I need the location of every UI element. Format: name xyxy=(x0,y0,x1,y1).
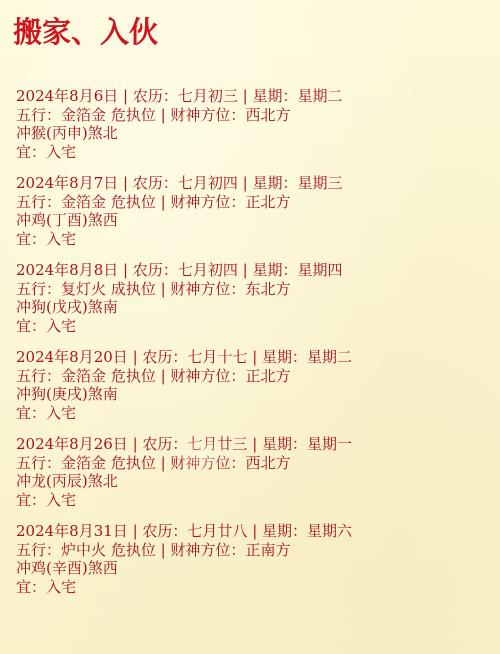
clash-line: 冲狗(戊戌)煞南 xyxy=(16,298,486,317)
date-entry: 2024年8月7日 | 农历：七月初四 | 星期：星期三 五行：金箔金 危执位 … xyxy=(16,174,486,248)
suitable-value: 入宅 xyxy=(46,143,76,161)
suitable-label: 宜： xyxy=(16,317,46,335)
wealth-label: 财神方位： xyxy=(170,454,245,472)
wuxing-value: 炉中火 xyxy=(61,541,106,559)
wuxing-label: 五行： xyxy=(16,367,61,385)
suitable-line: 宜：入宅 xyxy=(16,317,486,336)
wuxing-line: 五行：金箔金 危执位 | 财神方位：正北方 xyxy=(16,367,486,386)
suitable-value: 入宅 xyxy=(46,578,76,596)
weekday: 星期三 xyxy=(298,174,343,192)
date-line: 2024年8月6日 | 农历：七月初三 | 星期：星期二 xyxy=(16,87,486,106)
clash-line: 冲狗(庚戌)煞南 xyxy=(16,385,486,404)
lunar-label: 农历： xyxy=(142,435,187,453)
weekday: 星期六 xyxy=(307,522,352,540)
suitable-line: 宜：入宅 xyxy=(16,491,486,510)
suitable-value: 入宅 xyxy=(46,230,76,248)
date-line: 2024年8月20日 | 农历：七月十七 | 星期：星期二 xyxy=(16,348,486,367)
suitable-label: 宜： xyxy=(16,578,46,596)
duty-value: 危执位 xyxy=(111,367,156,385)
date-list: 2024年8月6日 | 农历：七月初三 | 星期：星期二 五行：金箔金 危执位 … xyxy=(16,87,486,609)
weekday-label: 星期： xyxy=(262,435,307,453)
wuxing-line: 五行：金箔金 危执位 | 财神方位：西北方 xyxy=(16,106,486,125)
solar-date: 2024年8月31日 xyxy=(16,522,128,540)
wuxing-label: 五行： xyxy=(16,454,61,472)
wuxing-label: 五行： xyxy=(16,280,61,298)
wealth-direction: 正北方 xyxy=(245,367,290,385)
separator: | xyxy=(118,174,133,192)
lunar-label: 农历： xyxy=(133,174,178,192)
date-line: 2024年8月26日 | 农历：七月廿三 | 星期：星期一 xyxy=(16,435,486,454)
wealth-label: 财神方位： xyxy=(170,367,245,385)
wuxing-label: 五行： xyxy=(16,106,61,124)
separator: | xyxy=(238,174,253,192)
wuxing-value: 金箔金 xyxy=(61,367,106,385)
wealth-direction: 西北方 xyxy=(245,106,290,124)
wuxing-line: 五行：金箔金 危执位 | 财神方位：正北方 xyxy=(16,193,486,212)
solar-date: 2024年8月26日 xyxy=(16,435,128,453)
weekday-label: 星期： xyxy=(252,261,297,279)
wuxing-label: 五行： xyxy=(16,193,61,211)
separator: | xyxy=(118,87,133,105)
duty-value: 危执位 xyxy=(111,193,156,211)
date-entry: 2024年8月8日 | 农历：七月初四 | 星期：星期四 五行：复灯火 成执位 … xyxy=(16,261,486,335)
date-line: 2024年8月7日 | 农历：七月初四 | 星期：星期三 xyxy=(16,174,486,193)
weekday-label: 星期： xyxy=(262,348,307,366)
suitable-value: 入宅 xyxy=(46,404,76,422)
wuxing-value: 金箔金 xyxy=(61,454,106,472)
lunar-date: 七月初四 xyxy=(178,174,238,192)
clash-line: 冲鸡(辛酉)煞西 xyxy=(16,559,486,578)
separator: | xyxy=(247,348,262,366)
suitable-label: 宜： xyxy=(16,230,46,248)
wuxing-line: 五行：金箔金 危执位 | 财神方位：西北方 xyxy=(16,454,486,473)
wealth-label: 财神方位： xyxy=(170,280,245,298)
suitable-line: 宜：入宅 xyxy=(16,578,486,597)
lunar-label: 农历： xyxy=(133,261,178,279)
separator: | xyxy=(238,87,253,105)
weekday: 星期四 xyxy=(298,261,343,279)
weekday-label: 星期： xyxy=(252,87,297,105)
date-line: 2024年8月8日 | 农历：七月初四 | 星期：星期四 xyxy=(16,261,486,280)
date-line: 2024年8月31日 | 农历：七月廿八 | 星期：星期六 xyxy=(16,522,486,541)
wealth-label: 财神方位： xyxy=(170,193,245,211)
separator: | xyxy=(128,348,143,366)
solar-date: 2024年8月7日 xyxy=(16,174,118,192)
clash-line: 冲鸡(丁酉)煞西 xyxy=(16,211,486,230)
separator: | xyxy=(156,193,171,211)
solar-date: 2024年8月8日 xyxy=(16,261,118,279)
lunar-date: 七月廿八 xyxy=(187,522,247,540)
wealth-direction: 西北方 xyxy=(245,454,290,472)
separator: | xyxy=(247,522,262,540)
date-entry: 2024年8月6日 | 农历：七月初三 | 星期：星期二 五行：金箔金 危执位 … xyxy=(16,87,486,161)
wealth-label: 财神方位： xyxy=(170,106,245,124)
lunar-date: 七月十七 xyxy=(187,348,247,366)
date-entry: 2024年8月20日 | 农历：七月十七 | 星期：星期二 五行：金箔金 危执位… xyxy=(16,348,486,422)
suitable-line: 宜：入宅 xyxy=(16,143,486,162)
separator: | xyxy=(156,106,171,124)
wealth-direction: 东北方 xyxy=(245,280,290,298)
duty-value: 危执位 xyxy=(111,454,156,472)
suitable-label: 宜： xyxy=(16,404,46,422)
suitable-label: 宜： xyxy=(16,491,46,509)
suitable-line: 宜：入宅 xyxy=(16,230,486,249)
separator: | xyxy=(247,435,262,453)
separator: | xyxy=(156,454,171,472)
suitable-value: 入宅 xyxy=(46,317,76,335)
wealth-direction: 正南方 xyxy=(245,541,290,559)
wuxing-line: 五行：炉中火 危执位 | 财神方位：正南方 xyxy=(16,541,486,560)
weekday-label: 星期： xyxy=(252,174,297,192)
separator: | xyxy=(156,280,171,298)
separator: | xyxy=(118,261,133,279)
lunar-date: 七月初四 xyxy=(178,261,238,279)
suitable-line: 宜：入宅 xyxy=(16,404,486,423)
wealth-label: 财神方位： xyxy=(170,541,245,559)
suitable-label: 宜： xyxy=(16,143,46,161)
clash-line: 冲猴(丙申)煞北 xyxy=(16,124,486,143)
page-title: 搬家、入伙 xyxy=(13,14,158,50)
duty-value: 成执位 xyxy=(111,280,156,298)
lunar-label: 农历： xyxy=(142,522,187,540)
lunar-label: 农历： xyxy=(142,348,187,366)
weekday-label: 星期： xyxy=(262,522,307,540)
lunar-date: 七月初三 xyxy=(178,87,238,105)
wuxing-value: 金箔金 xyxy=(61,106,106,124)
lunar-label: 农历： xyxy=(133,87,178,105)
lunar-date: 七月廿三 xyxy=(187,435,247,453)
wuxing-line: 五行：复灯火 成执位 | 财神方位：东北方 xyxy=(16,280,486,299)
solar-date: 2024年8月20日 xyxy=(16,348,128,366)
separator: | xyxy=(238,261,253,279)
separator: | xyxy=(156,367,171,385)
duty-value: 危执位 xyxy=(111,541,156,559)
date-entry: 2024年8月31日 | 农历：七月廿八 | 星期：星期六 五行：炉中火 危执位… xyxy=(16,522,486,596)
suitable-value: 入宅 xyxy=(46,491,76,509)
solar-date: 2024年8月6日 xyxy=(16,87,118,105)
wuxing-value: 金箔金 xyxy=(61,193,106,211)
weekday: 星期二 xyxy=(298,87,343,105)
wuxing-label: 五行： xyxy=(16,541,61,559)
wealth-direction: 正北方 xyxy=(245,193,290,211)
wuxing-value: 复灯火 xyxy=(61,280,106,298)
separator: | xyxy=(156,541,171,559)
weekday: 星期二 xyxy=(307,348,352,366)
separator: | xyxy=(128,522,143,540)
separator: | xyxy=(128,435,143,453)
clash-line: 冲龙(丙辰)煞北 xyxy=(16,472,486,491)
date-entry: 2024年8月26日 | 农历：七月廿三 | 星期：星期一 五行：金箔金 危执位… xyxy=(16,435,486,509)
duty-value: 危执位 xyxy=(111,106,156,124)
weekday: 星期一 xyxy=(307,435,352,453)
